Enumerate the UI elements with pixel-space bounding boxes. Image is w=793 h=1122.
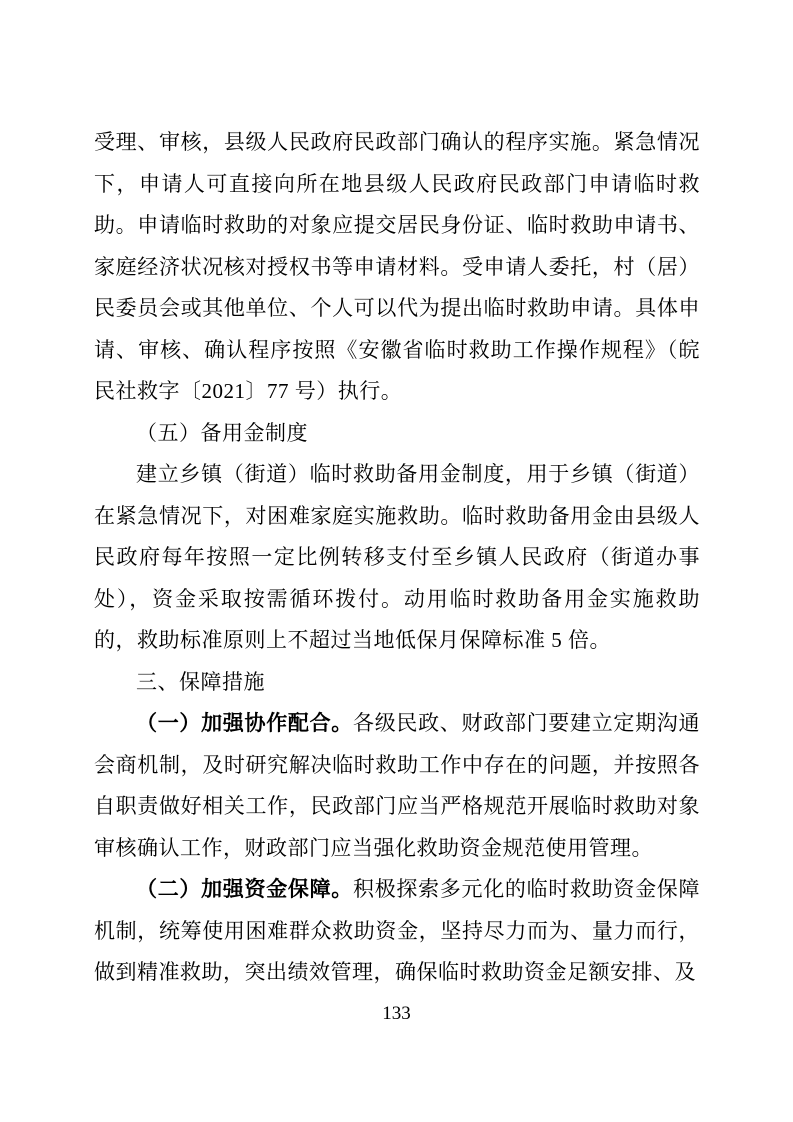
- paragraph-strengthen-funding: （二）加强资金保障。积极探索多元化的临时救助资金保障机制，统筹使用困难群众救助资…: [94, 869, 700, 994]
- paragraph-continued-application-procedure: 受理、审核，县级人民政府民政部门确认的程序实施。紧急情况下，申请人可直接向所在地…: [94, 122, 700, 413]
- paragraph-strengthen-coordination: （一）加强协作配合。各级民政、财政部门要建立定期沟通会商机制，及时研究解决临时救…: [94, 703, 700, 869]
- heading-reserve-fund-system: （五）备用金制度: [94, 413, 700, 455]
- run-in-heading-coordination: （一）加强协作配合。: [136, 711, 353, 735]
- document-page: 受理、审核，县级人民政府民政部门确认的程序实施。紧急情况下，申请人可直接向所在地…: [0, 0, 793, 1122]
- page-number: 133: [0, 1000, 793, 1028]
- document-body: 受理、审核，县级人民政府民政部门确认的程序实施。紧急情况下，申请人可直接向所在地…: [94, 122, 700, 994]
- paragraph-reserve-fund-detail: 建立乡镇（街道）临时救助备用金制度，用于乡镇（街道）在紧急情况下，对困难家庭实施…: [94, 454, 700, 662]
- heading-safeguard-measures: 三、保障措施: [94, 662, 700, 704]
- run-in-heading-funding: （二）加强资金保障。: [136, 877, 353, 901]
